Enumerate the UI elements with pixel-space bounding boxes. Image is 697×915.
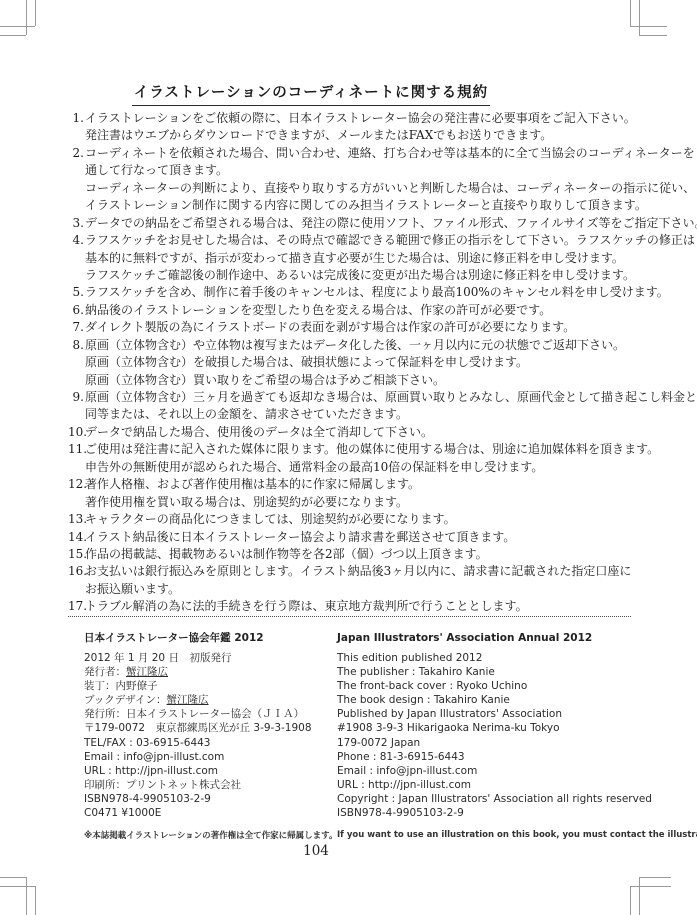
terms-line: 4.ラフスケッチをお見せした場合は、その時点で確認できる範囲で修正の指示をして下…: [68, 232, 613, 249]
terms-line-text: 発注書はウエブからダウンロードできますが、メールまたはFAXでもお送りできます。: [85, 128, 552, 142]
colophon-line-text: TEL/FAX : 03-6915-6443: [84, 737, 210, 749]
colophon-line: 発行者：蟹江隆広: [84, 665, 334, 679]
terms-line-number: 7.: [68, 319, 84, 336]
terms-line: イラストレーション制作に関する内容に関してのみ担当イラストレーターと直接やり取り…: [68, 197, 613, 214]
colophon-line-text: 179-0072 Japan: [337, 737, 420, 749]
colophon-line: Email : info@jpn-illust.com: [84, 750, 334, 764]
colophon-line: URL : http://jpn-illust.com: [337, 778, 647, 792]
colophon-line: ブックデザイン：蟹江隆広: [84, 693, 334, 707]
terms-line: 発注書はウエブからダウンロードできますが、メールまたはFAXでもお送りできます。: [68, 127, 613, 144]
colophon-line-text: 2012 年 1 月 20 日 初版発行: [84, 652, 231, 664]
terms-line: 17.トラブル解消の為に法的手続きを行う際は、東京地方裁判所で行うこととします。: [68, 598, 613, 615]
terms-line-text: イラスト納品後に日本イラストレーター協会より請求書を郵送させて頂きます。: [85, 530, 515, 544]
terms-line-number: 10.: [68, 424, 84, 441]
terms-line-text: 基本的に無料ですが、指示が変わって描き直す必要が生じた場合は、別途に修正料を申し…: [85, 251, 624, 265]
colophon-line-text: 発行所：日本イラストレーター協会（ＪＩＡ）: [84, 708, 304, 720]
terms-line-number: 8.: [68, 337, 84, 354]
colophon-line-text: The front-back cover : Ryoko Uchino: [337, 680, 527, 692]
terms-list: 1.イラストレーションをご依頼の際に、日本イラストレーター協会の発注書に必要事項…: [68, 110, 613, 616]
terms-line-number: 15.: [68, 546, 84, 563]
terms-line: 10.データで納品した場合、使用後のデータは全て消却して下さい。: [68, 424, 613, 441]
terms-line-text: ラフスケッチご確認後の制作途中、あるいは完成後に変更が出た場合は別途に修正料を申…: [85, 268, 635, 282]
terms-line-text: お支払いは銀行振込みを原則とします。イラスト納品後3ヶ月以内に、請求書に記載され…: [85, 564, 631, 578]
terms-line: 11.ご使用は発注書に記入された媒体に限ります。他の媒体に使用する場合は、別途に…: [68, 441, 613, 458]
terms-line: 6.納品後のイラストレーションを変型したり色を変える場合は、作家の許可が必要です…: [68, 302, 613, 319]
terms-line-text: イラストレーションをご依頼の際に、日本イラストレーター協会の発注書に必要事項をご…: [85, 111, 636, 125]
terms-line-number: 11.: [68, 441, 84, 458]
terms-line: 14.イラスト納品後に日本イラストレーター協会より請求書を郵送させて頂きます。: [68, 529, 613, 546]
terms-line-text: 申告外の無断使用が認められた場合、通常料金の最高10倍の保証料を申し受けます。: [85, 460, 543, 474]
dotted-separator: [68, 616, 631, 617]
colophon-line-text: ブックデザイン：: [84, 694, 167, 706]
book-colophon-page: イラストレーションのコーディネートに関する規約 1.イラストレーションをご依頼の…: [0, 0, 697, 915]
terms-line-text: ご使用は発注書に記入された媒体に限ります。他の媒体に使用する場合は、別途に追加媒…: [85, 442, 659, 456]
colophon-japanese-header: 日本イラストレーター協会年鑑 2012: [84, 632, 334, 644]
terms-line: 申告外の無断使用が認められた場合、通常料金の最高10倍の保証料を申し受けます。: [68, 459, 613, 476]
terms-line-number: 6.: [68, 302, 84, 319]
colophon-line-text: ISBN978-4-9905103-2-9: [84, 793, 211, 805]
colophon-line-text: ISBN978-4-9905103-2-9: [337, 807, 464, 819]
colophon-line-text: URL : http://jpn-illust.com: [84, 765, 218, 777]
terms-line: 13.キャラクターの商品化につきましては、別途契約が必要になります。: [68, 511, 613, 528]
terms-line-number: 16.: [68, 563, 84, 580]
terms-line: 2.コーディネートを依頼された場合、問い合わせ、連絡、打ち合わせ等は基本的に全て…: [68, 145, 613, 162]
colophon-line-text: Copyright : Japan Illustrators' Associat…: [337, 793, 652, 805]
colophon-line: 2012 年 1 月 20 日 初版発行: [84, 651, 334, 665]
terms-line-text: 原画（立体物含む）買い取りをご希望の場合は予めご相談下さい。: [85, 373, 445, 387]
colophon-line: C0471 ¥1000E: [84, 806, 334, 820]
terms-line-number: 13.: [68, 511, 84, 528]
terms-line: 7.ダイレクト製版の為にイラストボードの表面を剥がす場合は作家の許可が必要になり…: [68, 319, 613, 336]
colophon-line-underlined-name: 蟹江隆広: [167, 694, 209, 706]
terms-line: 16.お支払いは銀行振込みを原則とします。イラスト納品後3ヶ月以内に、請求書に記…: [68, 563, 613, 580]
terms-line: 12.著作人格権、および著作使用権は基本的に作家に帰属します。: [68, 476, 613, 493]
terms-line: 原画（立体物含む）買い取りをご希望の場合は予めご相談下さい。: [68, 372, 613, 389]
colophon-line: The book design : Takahiro Kanie: [337, 693, 647, 707]
terms-line-number: 4.: [68, 232, 84, 249]
terms-line-number: 3.: [68, 215, 84, 232]
terms-line-text: データで納品した場合、使用後のデータは全て消却して下さい。: [85, 425, 433, 439]
terms-line: ラフスケッチご確認後の制作途中、あるいは完成後に変更が出た場合は別途に修正料を申…: [68, 267, 613, 284]
colophon-line: This edition published 2012: [337, 651, 647, 665]
terms-line: 著作使用権を買い取る場合は、別途契約が必要になります。: [68, 494, 613, 511]
colophon-japanese: 日本イラストレーター協会年鑑 2012 2012 年 1 月 20 日 初版発行…: [84, 632, 334, 820]
colophon-line: The publisher : Takahiro Kanie: [337, 665, 647, 679]
terms-line: 5.ラフスケッチを含め、制作に着手後のキャンセルは、程度により最高100%のキャ…: [68, 284, 613, 301]
colophon-line-text: 〒179-0072 東京都練馬区光が丘 3-9-3-1908: [84, 722, 312, 734]
colophon-line: ISBN978-4-9905103-2-9: [84, 792, 334, 806]
colophon-line-text: 発行者：: [84, 666, 126, 678]
colophon-line: 発行所：日本イラストレーター協会（ＪＩＡ）: [84, 707, 334, 721]
terms-line-number: 1.: [68, 110, 84, 127]
terms-line-text: ダイレクト製版の為にイラストボードの表面を剥がす場合は作家の許可が必要になります…: [85, 320, 575, 334]
terms-line: 1.イラストレーションをご依頼の際に、日本イラストレーター協会の発注書に必要事項…: [68, 110, 613, 127]
colophon-line: 印刷所：プリントネット株式会社: [84, 778, 334, 792]
colophon-line-text: C0471 ¥1000E: [84, 807, 161, 819]
terms-line: 8.原画（立体物含む）や立体物は複写またはデータ化した後、一ヶ月以内に元の状態で…: [68, 337, 613, 354]
terms-line-text: 納品後のイラストレーションを変型したり色を変える場合は、作家の許可が必要です。: [85, 303, 551, 317]
terms-line: 同等または、それ以上の金額を、請求させていただきます。: [68, 406, 613, 423]
colophon-line-text: URL : http://jpn-illust.com: [337, 779, 471, 791]
colophon-line: #1908 3-9-3 Hikarigaoka Nerima-ku Tokyo: [337, 721, 647, 735]
terms-line: 通して行なって頂きます。: [68, 162, 613, 179]
page-number: 104: [0, 843, 632, 859]
colophon-line-text: The publisher : Takahiro Kanie: [337, 666, 495, 678]
terms-line-text: お振込願います。: [85, 582, 180, 596]
colophon-english: Japan Illustrators' Association Annual 2…: [337, 632, 647, 820]
terms-line-number: 5.: [68, 284, 84, 301]
terms-line: コーディネーターの判断により、直接やり取りする方がいいと判断した場合は、コーディ…: [68, 180, 613, 197]
terms-line-text: イラストレーション制作に関する内容に関してのみ担当イラストレーターと直接やり取り…: [85, 198, 647, 212]
terms-line-text: 著作人格権、および著作使用権は基本的に作家に帰属します。: [85, 477, 420, 491]
colophon-line-text: Email : info@jpn-illust.com: [84, 751, 224, 763]
terms-line-text: 原画（立体物含む）や立体物は複写またはデータ化した後、一ヶ月以内に元の状態でご返…: [85, 338, 625, 352]
terms-line: 15.作品の掲載誌、掲載物あるいは制作物等を各2部（個）づつ以上頂きます。: [68, 546, 613, 563]
colophon-japanese-lines: 2012 年 1 月 20 日 初版発行発行者：蟹江隆広装丁：内野僚子ブックデザ…: [84, 651, 334, 820]
colophon-line: ISBN978-4-9905103-2-9: [337, 806, 647, 820]
colophon-line: Published by Japan Illustrators' Associa…: [337, 707, 647, 721]
colophon-line-underlined-name: 蟹江隆広: [126, 666, 168, 678]
terms-line: 基本的に無料ですが、指示が変わって描き直す必要が生じた場合は、別途に修正料を申し…: [68, 250, 613, 267]
terms-line: 3.データでの納品をご希望される場合は、発注の際に使用ソフト、ファイル形式、ファ…: [68, 215, 613, 232]
colophon-line-text: 印刷所：プリントネット株式会社: [84, 779, 241, 791]
terms-line: 原画（立体物含む）を破損した場合は、破損状態によって保証料を申し受けます。: [68, 354, 613, 371]
colophon-line-text: Phone : 81-3-6915-6443: [337, 751, 465, 763]
terms-line-number: 17.: [68, 598, 84, 615]
colophon-line-text: The book design : Takahiro Kanie: [337, 694, 510, 706]
terms-line-number: 9.: [68, 389, 84, 406]
colophon-english-header: Japan Illustrators' Association Annual 2…: [337, 632, 647, 644]
copyright-note-japanese: ※本誌掲載イラストレーションの著作権は全て作家に帰属します。: [84, 829, 338, 841]
colophon-line: 装丁：内野僚子: [84, 679, 334, 693]
terms-line-number: 2.: [68, 145, 84, 162]
terms-line-text: 作品の掲載誌、掲載物あるいは制作物等を各2部（個）づつ以上頂きます。: [85, 547, 488, 561]
colophon-line-text: 装丁：内野僚子: [84, 680, 158, 692]
page-title: イラストレーションのコーディネートに関する規約: [0, 81, 622, 106]
terms-line: 9.原画（立体物含む）三ヶ月を過ぎても返却なき場合は、原画買い取りとみなし、原画…: [68, 389, 613, 406]
terms-line-text: コーディネーターの判断により、直接やり取りする方がいいと判断した場合は、コーディ…: [85, 181, 695, 195]
terms-line-text: ラフスケッチをお見せした場合は、その時点で確認できる範囲で修正の指示をして下さい…: [85, 233, 695, 247]
terms-line-text: 原画（立体物含む）を破損した場合は、破損状態によって保証料を申し受けます。: [85, 355, 528, 369]
terms-line-text: 通して行なって頂きます。: [85, 163, 228, 177]
colophon-line: 179-0072 Japan: [337, 736, 647, 750]
terms-line-text: 原画（立体物含む）三ヶ月を過ぎても返却なき場合は、原画買い取りとみなし、原画代金…: [85, 390, 697, 404]
terms-line-number: 14.: [68, 529, 84, 546]
colophon-line: TEL/FAX : 03-6915-6443: [84, 736, 334, 750]
colophon-line: Email : info@jpn-illust.com: [337, 764, 647, 778]
colophon-line-text: Published by Japan Illustrators' Associa…: [337, 708, 562, 720]
colophon-line: URL : http://jpn-illust.com: [84, 764, 334, 778]
terms-line-text: キャラクターの商品化につきましては、別途契約が必要になります。: [85, 512, 456, 526]
terms-line-number: 12.: [68, 476, 84, 493]
colophon-line: Phone : 81-3-6915-6443: [337, 750, 647, 764]
terms-line-text: ラフスケッチを含め、制作に着手後のキャンセルは、程度により最高100%のキャンセ…: [85, 285, 669, 299]
colophon-line: The front-back cover : Ryoko Uchino: [337, 679, 647, 693]
terms-line-text: データでの納品をご希望される場合は、発注の際に使用ソフト、ファイル形式、ファイル…: [85, 216, 697, 230]
terms-line: お振込願います。: [68, 581, 613, 598]
terms-line-text: トラブル解消の為に法的手続きを行う際は、東京地方裁判所で行うこととします。: [85, 599, 528, 613]
colophon-english-lines: This edition published 2012The publisher…: [337, 651, 647, 820]
terms-line-text: 同等または、それ以上の金額を、請求させていただきます。: [85, 407, 408, 421]
colophon-line: Copyright : Japan Illustrators' Associat…: [337, 792, 647, 806]
colophon-line-text: This edition published 2012: [337, 652, 482, 664]
terms-line-text: コーディネートを依頼された場合、問い合わせ、連絡、打ち合わせ等は基本的に全て当協…: [85, 146, 695, 160]
colophon-line: 〒179-0072 東京都練馬区光が丘 3-9-3-1908: [84, 721, 334, 735]
colophon-line-text: #1908 3-9-3 Hikarigaoka Nerima-ku Tokyo: [337, 722, 560, 734]
terms-line-text: 著作使用権を買い取る場合は、別途契約が必要になります。: [85, 495, 408, 509]
copyright-note-english: If you want to use an illustration on th…: [337, 830, 697, 840]
colophon-line-text: Email : info@jpn-illust.com: [337, 765, 477, 777]
